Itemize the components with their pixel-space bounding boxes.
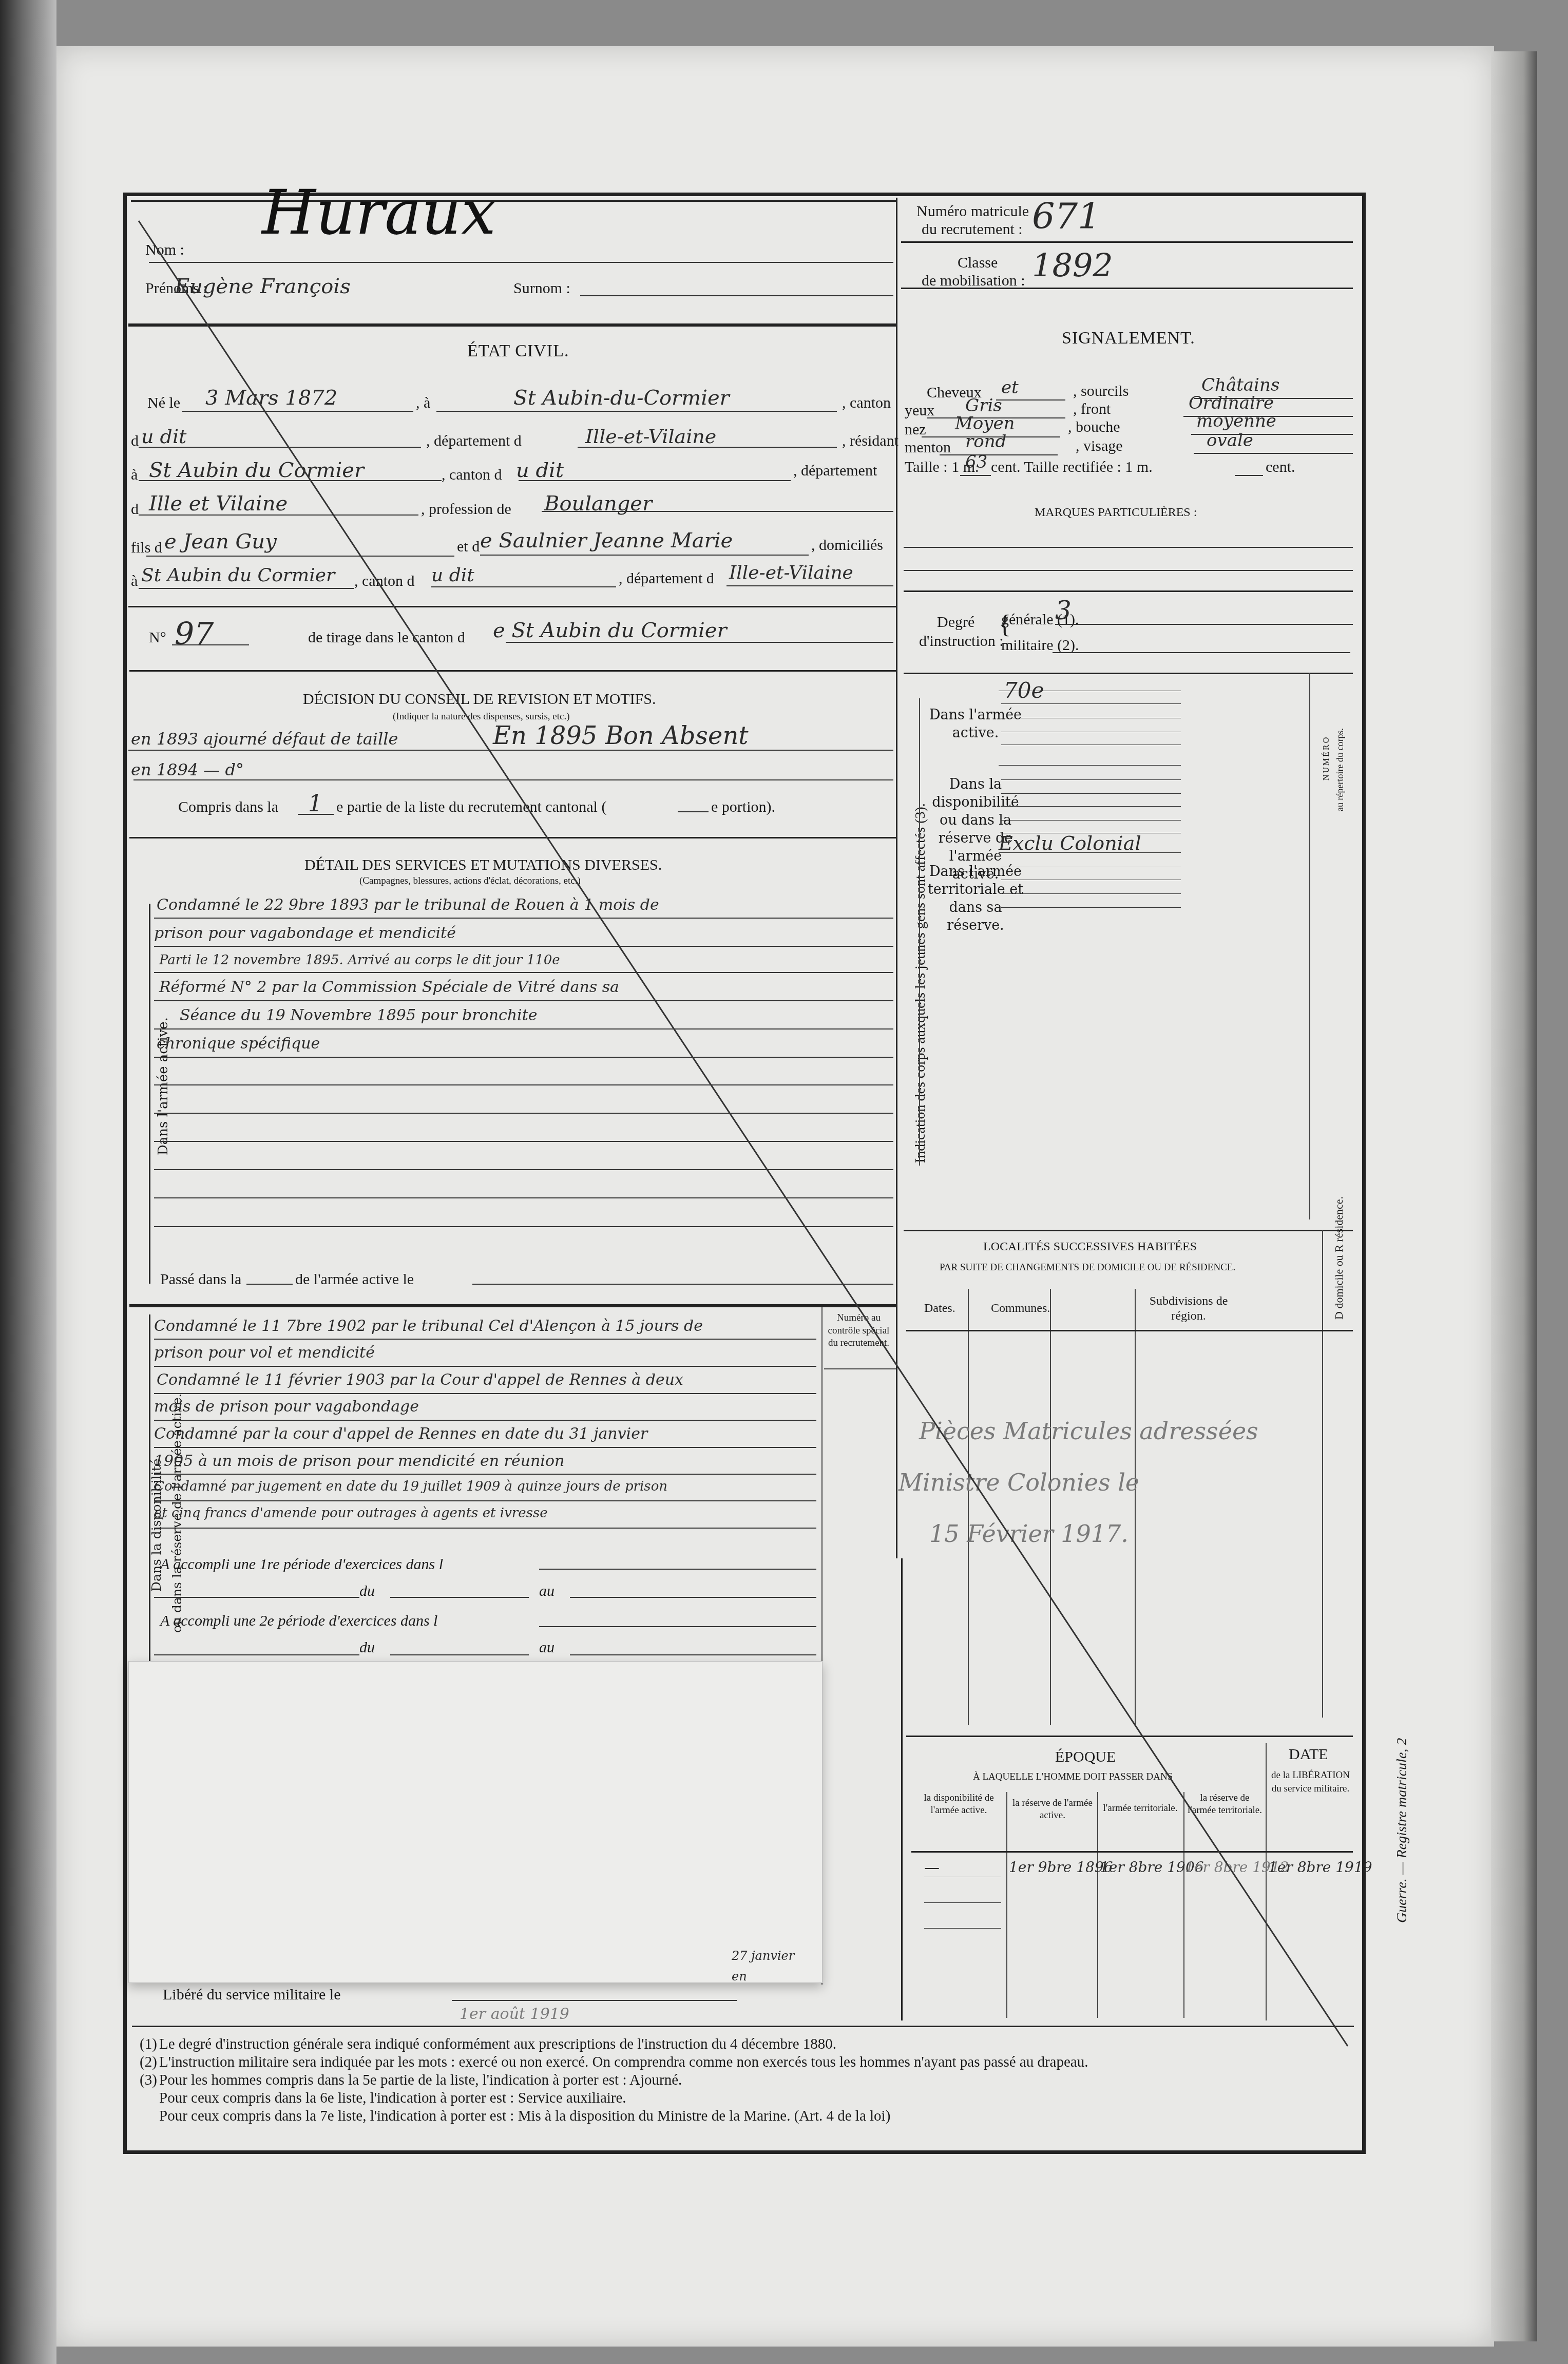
periode2-du-label: du <box>359 1639 375 1656</box>
libere-line <box>452 2000 737 2001</box>
generale-value: 3 <box>1055 596 1072 625</box>
service-line <box>154 972 893 973</box>
localites-note-3: 15 Février 1917. <box>929 1520 1129 1548</box>
visage-line <box>1194 453 1353 454</box>
portion-line <box>678 811 709 812</box>
tirage-no-label: N° <box>149 629 166 646</box>
visage-value: ovale <box>1207 430 1253 451</box>
epoque-line <box>924 1902 1001 1903</box>
a-line <box>436 411 837 412</box>
canton2-label: , canton d <box>442 466 502 484</box>
reserve-entry: Condamné par la cour d'appel de Rennes e… <box>154 1425 647 1443</box>
localites-col-divider <box>1322 1230 1323 1718</box>
periode2-au-label: au <box>539 1639 554 1656</box>
localites-col-divider <box>1135 1289 1136 1725</box>
a2-line <box>139 480 442 481</box>
epoque-col-reserve-territoriale: la réserve de l'armée territoriale. <box>1185 1792 1265 1817</box>
decision-line-1-right: En 1895 Bon Absent <box>493 721 749 750</box>
epoque-col-divider <box>1183 1792 1184 2018</box>
bouche-value: moyenne <box>1196 411 1276 431</box>
service-line <box>154 1169 893 1170</box>
footnote-text: Pour ceux compris dans la 6e liste, l'in… <box>159 2090 626 2107</box>
d2-label: d <box>131 501 139 518</box>
column-divider-lower <box>901 1558 903 2020</box>
corps-line <box>1001 907 1181 908</box>
reserve-line <box>154 1500 816 1501</box>
printer-note: Guerre. — Registre matricule, 2 <box>1394 1738 1410 1923</box>
footnote-text: Pour ceux compris dans la 7e liste, l'in… <box>159 2108 890 2125</box>
corps-line <box>1001 779 1181 780</box>
a2-value: St Aubin du Cormier <box>149 459 364 482</box>
decision-bottom-rule <box>129 837 896 838</box>
reserve-line <box>154 1447 816 1448</box>
a3-label: à <box>131 573 138 590</box>
portion-suffix: e portion). <box>711 798 775 816</box>
pasted-paper-slip <box>128 1661 823 1983</box>
localites-header-rule <box>906 1330 1353 1331</box>
fils-label: fils d <box>131 539 162 557</box>
localites-subtitle: PAR SUITE DE CHANGEMENTS DE DOMICILE OU … <box>940 1262 1235 1273</box>
canton3-line <box>431 586 616 587</box>
departement3-label: , département d <box>619 570 714 587</box>
service-line <box>154 1028 893 1030</box>
reserve-entry: 1905 à un mois de prison pour mendicité … <box>154 1452 564 1470</box>
residant-label: , résidant <box>842 432 898 450</box>
corps-numero-label-1: NUMÉRO <box>1322 736 1331 780</box>
a-value: St Aubin-du-Cormier <box>513 386 730 410</box>
service-line <box>154 946 893 947</box>
compris-value: 1 <box>308 791 322 817</box>
ne-le-value: 3 Mars 1872 <box>205 386 337 410</box>
epoque-line <box>924 1928 1001 1929</box>
menton-label: menton <box>905 439 951 456</box>
departement2-label: , département <box>793 462 877 480</box>
decision-line-2: en 1894 — d° <box>131 760 244 779</box>
services-title: DÉTAIL DES SERVICES ET MUTATIONS DIVERSE… <box>304 856 662 874</box>
visage-label: , visage <box>1076 437 1123 455</box>
reserve-entry: prison pour vol et mendicité <box>154 1344 375 1362</box>
localites-col-communes: Communes. <box>991 1302 1050 1316</box>
corps-line <box>1001 820 1181 821</box>
reserve-line <box>154 1420 816 1421</box>
nez-label: nez <box>905 421 926 439</box>
corps-line <box>1001 867 1181 867</box>
epoque-col-divider <box>1006 1792 1007 2018</box>
generale-line <box>1055 624 1353 625</box>
localites-side-label: D domicile ou R résidence. <box>1332 1196 1346 1320</box>
periode2-start-line <box>154 1654 359 1655</box>
tirage-value: e St Aubin du Cormier <box>493 619 727 642</box>
marques-line-1 <box>904 547 1353 548</box>
bouche-label: , bouche <box>1068 418 1120 436</box>
decision-line-1: en 1893 ajourné défaut de taille <box>131 729 398 749</box>
sourcils-label: , sourcils <box>1073 383 1129 400</box>
services-brace <box>149 904 150 1284</box>
departement1-line <box>578 447 837 448</box>
reserve-numero-rule <box>824 1368 896 1369</box>
numero-matricule-label-2: du recrutement : <box>922 221 1023 238</box>
footnote-number: (3) <box>140 2072 157 2089</box>
front-label: , front <box>1073 401 1111 418</box>
yeux-label: yeux <box>905 402 934 420</box>
a3-line <box>139 588 354 589</box>
nom-line <box>149 262 893 263</box>
corps-territoriale-label: Dans l'armée territoriale et dans sa rés… <box>924 863 1027 935</box>
periode1-du-line <box>390 1597 529 1598</box>
degre-label-1: Degré <box>937 614 974 631</box>
corps-line <box>999 691 1181 691</box>
scan-binding-shadow <box>0 0 56 2364</box>
localites-col-dates: Dates. <box>924 1302 955 1316</box>
service-entry: prison pour vagabondage et mendicité <box>154 924 456 942</box>
footnote-number: (1) <box>140 2036 157 2053</box>
date-liberation-title: DATE <box>1289 1746 1328 1763</box>
column-divider <box>896 198 897 1558</box>
epoque-line <box>924 1877 1001 1877</box>
service-line <box>154 1197 893 1198</box>
periode2-label: A accompli une 2e période d'exercices da… <box>160 1612 437 1630</box>
numero-matricule-value: 671 <box>1032 195 1101 237</box>
d1-line <box>139 447 421 448</box>
front-value: Ordinaire <box>1189 393 1274 413</box>
libere-value: 1er août 1919 <box>460 2005 569 2023</box>
epoque-col-disponibilite: la disponibilité de l'armée active. <box>911 1792 1006 1817</box>
periode1-au-line <box>570 1597 816 1598</box>
decision-line <box>133 779 893 780</box>
epoque-col-territoriale: l'armée territoriale. <box>1099 1802 1182 1815</box>
reserve-entry: Condamné le 11 février 1903 par la Cour … <box>157 1371 683 1389</box>
numero-matricule-label-1: Numéro matricule <box>916 203 1029 220</box>
cheveux-line <box>996 399 1065 401</box>
decision-subtitle: (Indiquer la nature des dispenses, sursi… <box>393 711 570 722</box>
service-line <box>154 1057 893 1058</box>
departement1-label: , département d <box>426 432 522 450</box>
taille-suffix: cent. Taille rectifiée : 1 m. <box>991 459 1153 476</box>
a2-label: à <box>131 466 138 484</box>
nom-value: Huraux <box>262 177 496 249</box>
profession-line <box>542 511 893 512</box>
d1-label: d <box>131 432 139 450</box>
corps-brace <box>919 698 920 1166</box>
matricule-rule <box>901 241 1353 243</box>
signalement-title: SIGNALEMENT. <box>1062 329 1195 348</box>
page-edge <box>1491 51 1537 2341</box>
compris-line <box>298 814 334 815</box>
corps-line <box>999 852 1181 853</box>
service-line <box>154 1000 893 1001</box>
nez-value: Moyen <box>955 413 1015 434</box>
epoque-col-divider <box>1097 1792 1098 2018</box>
passe-label: Passé dans la <box>160 1271 241 1288</box>
service-line <box>154 1141 893 1142</box>
profession-label: , profession de <box>421 501 511 518</box>
service-line <box>154 1226 893 1227</box>
signalement-bottom-rule <box>904 590 1353 592</box>
epoque-subtitle: À LAQUELLE L'HOMME DOIT PASSER DANS <box>973 1771 1173 1783</box>
reserve-line <box>154 1474 816 1475</box>
a3-value: St Aubin du Cormier <box>141 565 335 586</box>
corps-line <box>1001 703 1181 704</box>
corps-active-label: Dans l'armée active. <box>924 706 1027 742</box>
periode2-du-line <box>390 1654 529 1655</box>
margin-note-1: 27 janvier <box>732 1949 794 1963</box>
decision-line <box>128 750 893 751</box>
yeux-value: Gris <box>965 395 1002 416</box>
menton-line <box>940 454 1058 455</box>
header-top-rule <box>131 200 896 202</box>
service-entry: Parti le 12 novembre 1895. Arrivé au cor… <box>159 952 560 968</box>
services-bottom-rule <box>129 1304 896 1307</box>
classe-label-1: Classe <box>958 254 998 272</box>
classe-value: 1892 <box>1032 246 1113 284</box>
tirage-no-line <box>172 644 249 645</box>
epoque-col-reserve-active: la réserve de l'armée active. <box>1009 1797 1096 1822</box>
corps-numero-label-2: au répertoire du corps. <box>1335 728 1346 811</box>
epoque-value-disponibilite: — <box>924 1859 940 1877</box>
services-subtitle: (Campagnes, blessures, actions d'éclat, … <box>359 875 581 887</box>
epoque-header-rule <box>911 1851 1353 1853</box>
periode1-line <box>539 1569 816 1570</box>
footnote-text: Le degré d'instruction générale sera ind… <box>159 2036 836 2053</box>
reserve-entry: Condamné par jugement en date du 19 juil… <box>154 1479 667 1494</box>
surnom-line <box>580 295 893 296</box>
service-line <box>154 1084 893 1085</box>
d1-value: u dit <box>141 425 186 448</box>
epoque-value-reserve-active: 1er 9bre 1896 <box>1009 1859 1113 1876</box>
a-label: , à <box>416 394 430 412</box>
canton3-label: , canton d <box>354 573 414 590</box>
taille-value: 63 <box>965 452 987 472</box>
reserve-line <box>154 1366 816 1367</box>
degre-label-2: d'instruction : <box>919 633 1004 650</box>
margin-note-2: en <box>732 1969 747 1984</box>
d2-line <box>139 514 418 516</box>
reserve-numero-label: Numéro au contrôle spécial du recrutemen… <box>824 1312 893 1350</box>
marques-line-2 <box>904 570 1353 571</box>
footnotes-top-rule <box>132 2026 1354 2027</box>
localites-col-subdivisions: Subdivisions de région. <box>1148 1294 1230 1324</box>
corps-line <box>1001 880 1181 880</box>
footnote-text: L'instruction militaire sera indiquée pa… <box>159 2054 1088 2071</box>
taille-line <box>960 475 991 476</box>
fils-value: e Jean Guy <box>164 530 277 554</box>
militaire-line <box>1053 652 1350 653</box>
cheveux-value: et <box>1001 377 1019 398</box>
departement3-value: Ille-et-Vilaine <box>729 562 853 583</box>
reserve-entry: mois de prison pour vagabondage <box>154 1398 419 1416</box>
service-line <box>154 918 893 919</box>
passe-line <box>246 1284 293 1285</box>
periode1-du-label: du <box>359 1583 375 1600</box>
footnote-text: Pour les hommes compris dans la 5e parti… <box>159 2072 682 2089</box>
header-bottom-rule <box>128 323 896 327</box>
reserve-line <box>154 1393 816 1394</box>
corps-line <box>1001 718 1181 718</box>
epoque-title: ÉPOQUE <box>1055 1748 1116 1766</box>
canton3-value: u dit <box>431 565 474 586</box>
departement3-line <box>726 585 893 586</box>
periode2-line <box>539 1626 816 1627</box>
tirage-line <box>506 642 893 643</box>
corps-line <box>1001 806 1181 807</box>
service-entry: chronique spécifique <box>157 1035 320 1053</box>
etat-civil-title: ÉTAT CIVIL. <box>467 341 569 361</box>
surnom-label: Surnom : <box>513 280 570 297</box>
reserve-line <box>154 1528 816 1529</box>
tirage-bottom-rule <box>129 670 896 672</box>
corps-bottom-rule <box>904 1230 1353 1231</box>
periode2-au-line <box>570 1654 816 1655</box>
compris-label: Compris dans la <box>178 798 278 816</box>
profession-value: Boulanger <box>544 492 652 516</box>
localites-note-2: Ministre Colonies le <box>898 1469 1139 1496</box>
libere-label: Libéré du service militaire le <box>163 1986 341 2004</box>
reserve-brace <box>149 1314 150 1684</box>
numero-column-divider <box>1309 673 1310 1219</box>
instruction-bottom-rule <box>904 673 1353 674</box>
marques-label: MARQUES PARTICULIÈRES : <box>1035 506 1197 520</box>
departement1-value: Ille-et-Vilaine <box>585 425 716 448</box>
localites-note-1: Pièces Matricules adressées <box>919 1417 1258 1445</box>
footnote-number: (2) <box>140 2054 157 2071</box>
reserve-entry: Condamné le 11 7bre 1902 par le tribunal… <box>154 1317 703 1335</box>
localites-col-divider <box>1050 1289 1051 1725</box>
localites-col-divider <box>968 1289 969 1725</box>
passe-suffix: de l'armée active le <box>295 1271 414 1288</box>
localites-title: LOCALITÉS SUCCESSIVES HABITÉES <box>983 1240 1197 1254</box>
ne-le-label: Né le <box>147 394 180 412</box>
service-entry: Réformé N° 2 par la Commission Spéciale … <box>159 978 619 996</box>
localites-bottom-rule <box>906 1736 1353 1737</box>
reserve-line <box>154 1339 816 1340</box>
mere-line <box>480 555 809 556</box>
mere-value: e Saulnier Jeanne Marie <box>480 529 733 552</box>
canton-label: , canton <box>842 394 891 412</box>
et-label: et d <box>457 538 480 556</box>
prenoms-value: Eugène François <box>175 275 351 298</box>
epoque-col-divider <box>1266 1743 1267 2020</box>
classe-label-2: de mobilisation : <box>922 272 1025 290</box>
corps-line <box>1001 893 1181 894</box>
corps-line <box>1001 793 1181 794</box>
corps-line <box>1001 745 1181 745</box>
tirage-label: de tirage dans le canton d <box>308 629 465 646</box>
reserve-entry: et cinq francs d'amende pour outrages à … <box>154 1505 548 1521</box>
nom-label: Nom : <box>145 241 184 259</box>
d2-value: Ille et Vilaine <box>149 492 288 516</box>
compris-suffix: e partie de la liste du recrutement cant… <box>336 798 606 816</box>
corps-line <box>1001 732 1181 732</box>
service-entry: Condamné le 22 9bre 1893 par le tribunal… <box>157 896 659 914</box>
corps-territoriale-value: Exclu Colonial <box>999 832 1141 854</box>
passe-date-line <box>472 1284 893 1285</box>
fils-line <box>146 556 454 557</box>
periode1-au-label: au <box>539 1583 554 1600</box>
tirage-no-value: 97 <box>175 616 214 652</box>
taille-rectifiee-line <box>1235 475 1263 476</box>
service-entry: Séance du 19 Novembre 1895 pour bronchit… <box>180 1006 537 1024</box>
corps-line <box>999 765 1181 766</box>
domicilies-label: , domiciliés <box>811 537 883 554</box>
canton2-line <box>519 480 791 481</box>
date-liberation-value: 1er 8bre 1919 <box>1268 1859 1372 1876</box>
ne-le-line <box>182 411 413 412</box>
etat-civil-bottom-rule <box>128 606 896 607</box>
decision-title: DÉCISION DU CONSEIL DE REVISION ET MOTIF… <box>303 691 656 708</box>
cent-label: cent. <box>1266 459 1295 476</box>
periode1-start-line <box>154 1597 359 1598</box>
classe-rule <box>901 288 1353 289</box>
sourcils-value: Châtains <box>1201 375 1279 395</box>
service-line <box>154 1113 893 1114</box>
canton2-value: u dit <box>516 459 564 482</box>
periode1-label: A accompli une 1re période d'exercices d… <box>160 1556 443 1573</box>
militaire-label: militaire (2). <box>1001 637 1079 654</box>
date-liberation-subtitle: de la LIBÉRATION du service militaire. <box>1268 1769 1353 1795</box>
menton-value: rond <box>965 431 1006 452</box>
